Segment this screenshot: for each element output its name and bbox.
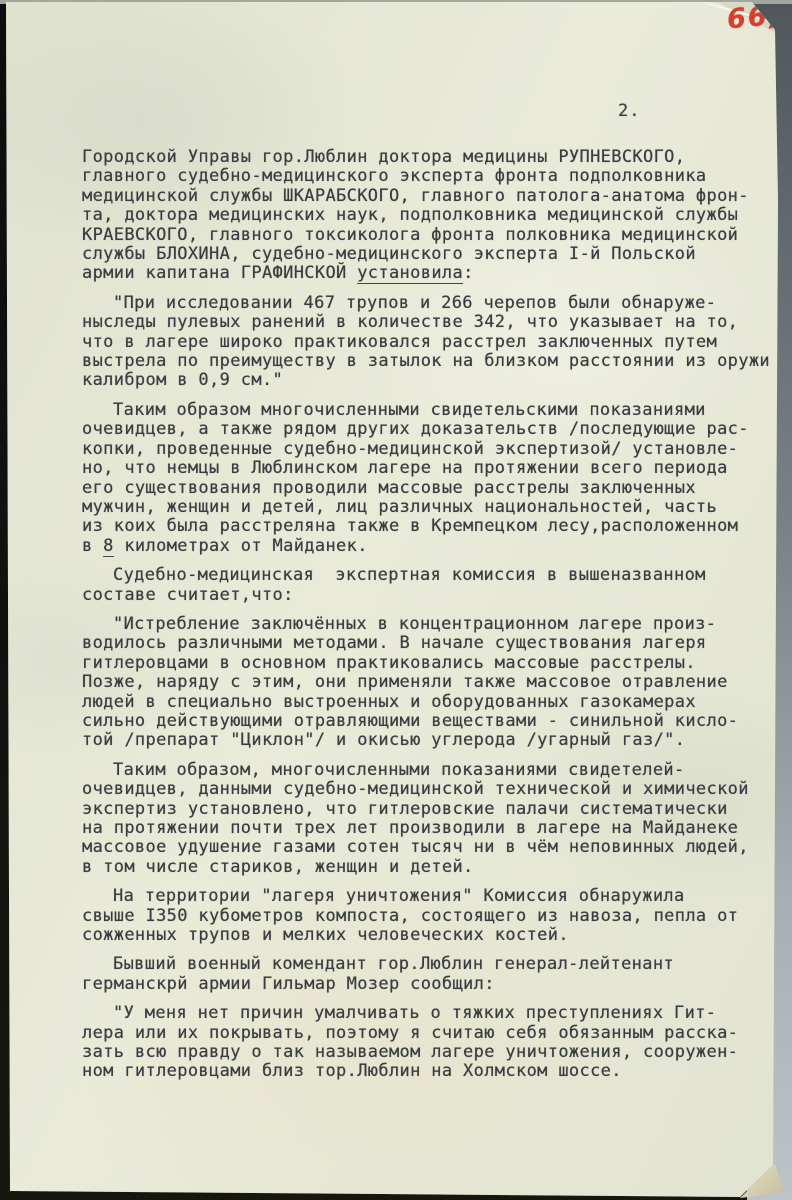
text-line: сильно действующими отравляющими веществ…: [82, 712, 784, 731]
text-line: на протяжении почти трех лет производили…: [82, 819, 784, 838]
text-line: копки, проведенные судебно-медицинской э…: [82, 440, 784, 459]
text-line: водилось различными методами. В начале с…: [82, 634, 784, 653]
text-line: лера или их покрывать, поэтому я считаю …: [82, 1024, 784, 1043]
paragraph: Бывший военный комендант гор.Люблин гене…: [82, 955, 784, 994]
text-line: его существования проводили массовые рас…: [82, 479, 784, 498]
paragraph: "Истребление заключённых в концентрацион…: [82, 615, 784, 751]
text-line: службы БЛОХИНА, судебно-медицинского экс…: [82, 245, 784, 264]
text-line: зать всю правду о так называемом лагере …: [82, 1043, 784, 1062]
text-line: массовое удушение газами сотен тысяч ни …: [82, 838, 784, 857]
text-line: ныследы пулевых ранений в количестве 342…: [82, 313, 784, 332]
text-line: свыше I350 кубометров компоста, состояще…: [82, 907, 784, 926]
text-line: в 8 километрах от Майданек.: [82, 537, 784, 556]
text-line: в том числе стариков, женщин и детей.: [82, 858, 784, 877]
paragraph: Таким образом, многочисленными показания…: [82, 761, 784, 877]
text-line: из коих была расстреляна также в Кремпец…: [82, 517, 784, 536]
text-segment: армии капитана ГРАФИНСКОЙ: [82, 263, 357, 283]
text-line: та, доктора медицинских наук, подполковн…: [82, 206, 784, 225]
text-line: На территории "лагеря уничтожения" Комис…: [82, 887, 784, 906]
paragraph: "У меня нет причин умалчивать о тяжких п…: [82, 1004, 784, 1082]
paragraph: Городской Управы гор.Люблин доктора меди…: [82, 148, 784, 284]
text-line: Судебно-медицинская экспертная комиссия …: [82, 566, 784, 585]
text-segment: в: [82, 536, 103, 556]
text-line: очевидцев, данными судебно-медицинской т…: [82, 780, 784, 799]
text-line: "Истребление заключённых в концентрацион…: [82, 615, 784, 634]
page-number: 2.: [618, 101, 640, 121]
text-line: людей в специально выстроенных и оборудо…: [82, 693, 784, 712]
text-line: армии капитана ГРАФИНСКОЙ установила:: [82, 264, 784, 283]
text-line: "При исследовании 467 трупов и 266 череп…: [82, 294, 784, 313]
underlined-text: установила: [357, 263, 463, 284]
paragraph: На территории "лагеря уничтожения" Комис…: [82, 887, 784, 945]
text-line: но, что немцы в Люблинском лагере на про…: [82, 459, 784, 478]
text-line: выстрела по преимуществу в затылок на бл…: [82, 352, 784, 371]
text-line: медицинской службы ШКАРАБСКОГО, главного…: [82, 187, 784, 206]
document-page: 66, 2. Городской Управы гор.Люблин докто…: [0, 0, 792, 1200]
paragraph: Судебно-медицинская экспертная комиссия …: [82, 566, 784, 605]
text-line: "У меня нет причин умалчивать о тяжких п…: [82, 1004, 784, 1023]
text-line: Таким образом, многочисленными показания…: [82, 761, 784, 780]
text-line: Городской Управы гор.Люблин доктора меди…: [82, 148, 784, 167]
text-line: ном гитлеровцами близ тор.Люблин на Холм…: [82, 1062, 784, 1081]
scanned-document: 66, 2. Городской Управы гор.Люблин докто…: [0, 0, 792, 1200]
text-line: главного судебно-медицинского эксперта ф…: [82, 167, 784, 186]
text-line: гитлеровцами в основном практиковались м…: [82, 654, 784, 673]
text-line: мужчин, женщин и детей, лиц различных на…: [82, 498, 784, 517]
text-line: Позже, наряду с этим, они применяли такж…: [82, 673, 784, 692]
text-line: калибром в 0,9 см.": [82, 371, 784, 390]
text-line: Таким образом многочисленными свидетельс…: [82, 401, 784, 420]
text-line: составе считает,что:: [82, 586, 784, 605]
text-line: Бывший военный комендант гор.Люблин гене…: [82, 955, 784, 974]
paragraph: Таким образом многочисленными свидетельс…: [82, 401, 784, 556]
underlined-text: 8: [103, 536, 114, 557]
text-line: сожженных трупов и мелких человеческих к…: [82, 926, 784, 945]
text-line: очевидцев, а также рядом других доказате…: [82, 420, 784, 439]
text-segment: :: [463, 263, 474, 283]
text-line: германскрй армии Гильмар Мозер сообщил:: [82, 975, 784, 994]
text-line: что в лагере широко практиковался расстр…: [82, 333, 784, 352]
text-line: КРАЕВСКОГО, главного токсиколога фронта …: [82, 226, 784, 245]
text-segment: километрах от Майданек.: [114, 536, 368, 556]
text-line: той /препарат "Циклон"/ и окисью углерод…: [82, 731, 784, 750]
paragraph: "При исследовании 467 трупов и 266 череп…: [82, 294, 784, 391]
text-line: экспертиз установлено, что гитлеровские …: [82, 800, 784, 819]
typewritten-text: Городской Управы гор.Люблин доктора меди…: [82, 148, 784, 1082]
